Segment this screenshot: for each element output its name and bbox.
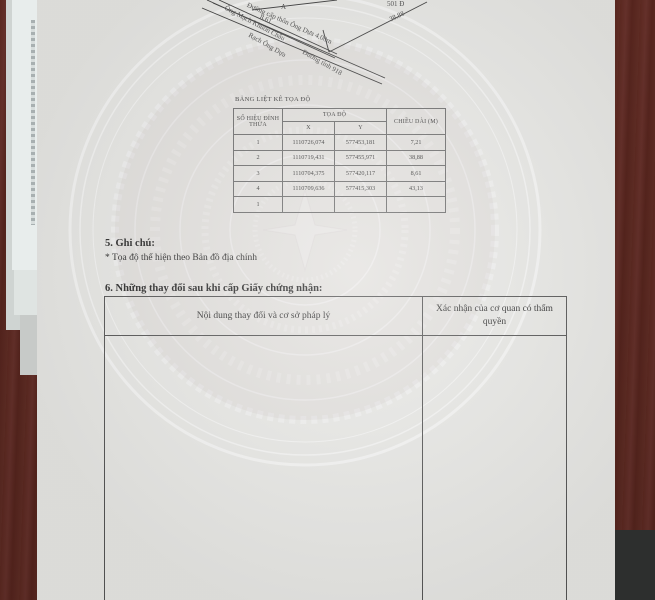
header-y: Y: [335, 122, 387, 135]
header-length: CHIỀU DÀI (M): [387, 109, 446, 135]
cell-y: 577455,971: [335, 150, 387, 166]
cell-point: 1: [234, 197, 283, 213]
cell-length: [387, 197, 446, 213]
table-row: 3 1110704,375 577420,117 8,61: [234, 166, 446, 182]
diagram-label-parcel: 501 Đ: [387, 0, 404, 8]
table-row-empty: [105, 336, 567, 600]
header-x: X: [283, 122, 335, 135]
notes-item: * Tọa độ thể hiện theo Bản đồ địa chính: [105, 253, 257, 263]
cell-point: 1: [234, 135, 283, 151]
header-authority-confirmation: Xác nhận của cơ quan có thẩm quyền: [422, 297, 566, 336]
cell-length: 7,21: [387, 135, 446, 151]
cell-y: 577453,181: [335, 135, 387, 151]
table-row: 2 1110719,431 577455,971 38,88: [234, 150, 446, 166]
underlying-page-text-strip: [31, 20, 35, 225]
cell-y: [335, 197, 387, 213]
header-coords: TỌA ĐỘ: [283, 109, 387, 122]
coordinate-table-title: BẢNG LIỆT KÊ TỌA ĐỘ: [235, 96, 311, 103]
cell-point: 4: [234, 181, 283, 197]
table-row: 1 1110726,074 577453,181 7,21: [234, 135, 446, 151]
header-change-content: Nội dung thay đổi và cơ sở pháp lý: [105, 297, 423, 336]
cell-x: [283, 197, 335, 213]
certificate-page: Đường cấp thôn Ông Dựa 4.00m 8.61 38.88 …: [37, 0, 615, 600]
cell-y: 577415,303: [335, 181, 387, 197]
cell-length: 43,13: [387, 181, 446, 197]
cell-length: 38,88: [387, 150, 446, 166]
table-row: 1: [234, 197, 446, 213]
cell-y: 577420,117: [335, 166, 387, 182]
parcel-boundary-lines: [37, 0, 615, 90]
cell-point: 2: [234, 150, 283, 166]
cell-x: 1110704,375: [283, 166, 335, 182]
cell-change-content: [105, 336, 423, 600]
cell-x: 1110719,431: [283, 150, 335, 166]
cell-length: 8,61: [387, 166, 446, 182]
table-row: 4 1110709,636 577415,303 43,13: [234, 181, 446, 197]
changes-heading: 6. Những thay đổi sau khi cấp Giấy chứng…: [105, 283, 322, 294]
cell-x: 1110709,636: [283, 181, 335, 197]
cell-point: 3: [234, 166, 283, 182]
changes-table: Nội dung thay đổi và cơ sở pháp lý Xác n…: [104, 296, 567, 600]
cell-x: 1110726,074: [283, 135, 335, 151]
coordinate-table: SỐ HIỆU ĐỈNH THỬA TỌA ĐỘ CHIỀU DÀI (M) X…: [233, 108, 446, 213]
parcel-diagram-fragment: Đường cấp thôn Ông Dựa 4.00m 8.61 38.88 …: [37, 0, 615, 90]
diagram-label-point: A: [281, 3, 286, 11]
header-point-no: SỐ HIỆU ĐỈNH THỬA: [234, 109, 283, 135]
cell-authority-confirmation: [422, 336, 566, 600]
dark-floor-corner: [609, 530, 655, 600]
notes-heading: 5. Ghi chú:: [105, 238, 155, 249]
